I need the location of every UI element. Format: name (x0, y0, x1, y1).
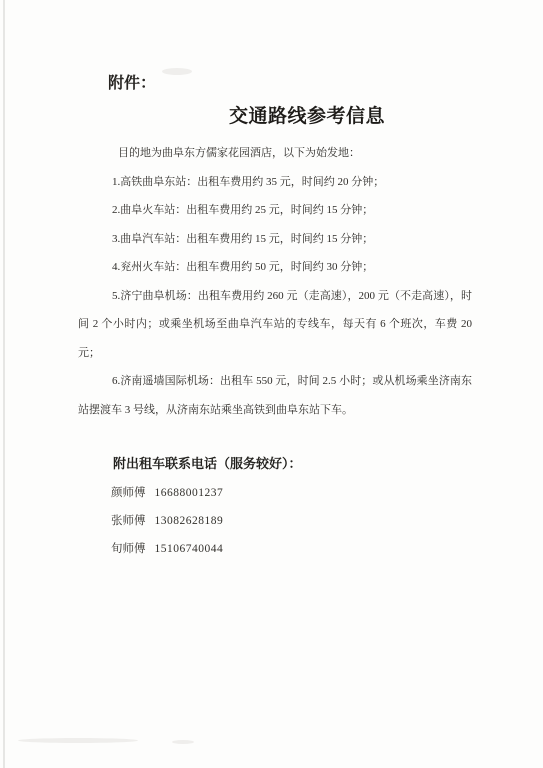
document-title: 交通路线参考信息 (110, 102, 504, 132)
scan-edge-line (3, 0, 5, 768)
route-item-4: 4.兖州火车站：出租车费用约 50 元，时间约 30 分钟； (78, 253, 472, 282)
contact-phone: 15106740044 (155, 543, 224, 555)
document-content: 附件： 交通路线参考信息 目的地为曲阜东方儒家花园酒店，以下为始发地： 1.高铁… (78, 0, 472, 563)
taxi-contacts-header: 附出租车联系电话（服务较好）： (113, 450, 472, 479)
route-item-1: 1.高铁曲阜东站：出租车费用约 35 元，时间约 20 分钟； (78, 168, 472, 197)
contact-name: 颜师傅 (111, 487, 146, 499)
contact-row: 颜师傅16688001237 (111, 479, 472, 507)
route-item-6: 6.济南遥墙国际机场：出租车 550 元，时间 2.5 小时；或从机场乘坐济南东… (78, 367, 472, 424)
route-item-2: 2.曲阜火车站：出租车费用约 25 元，时间约 15 分钟； (78, 196, 472, 225)
attachment-label: 附件： (108, 71, 472, 97)
scan-smudge (172, 740, 194, 744)
contact-row: 旬师傅15106740044 (111, 535, 472, 563)
contact-row: 张师傅13082628189 (111, 507, 472, 535)
scan-smudge (18, 738, 138, 743)
contact-phone: 13082628189 (155, 515, 224, 527)
route-item-5: 5.济宁曲阜机场：出租车费用约 260 元（走高速），200 元（不走高速），时… (78, 282, 472, 368)
intro-paragraph: 目的地为曲阜东方儒家花园酒店，以下为始发地： (78, 139, 472, 168)
route-item-3: 3.曲阜汽车站：出租车费用约 15 元，时间约 15 分钟； (78, 225, 472, 254)
contact-phone: 16688001237 (155, 487, 224, 499)
contact-name: 旬师傅 (111, 543, 146, 555)
scanned-document-page: 附件： 交通路线参考信息 目的地为曲阜东方儒家花园酒店，以下为始发地： 1.高铁… (0, 0, 543, 768)
contact-name: 张师傅 (111, 515, 146, 527)
